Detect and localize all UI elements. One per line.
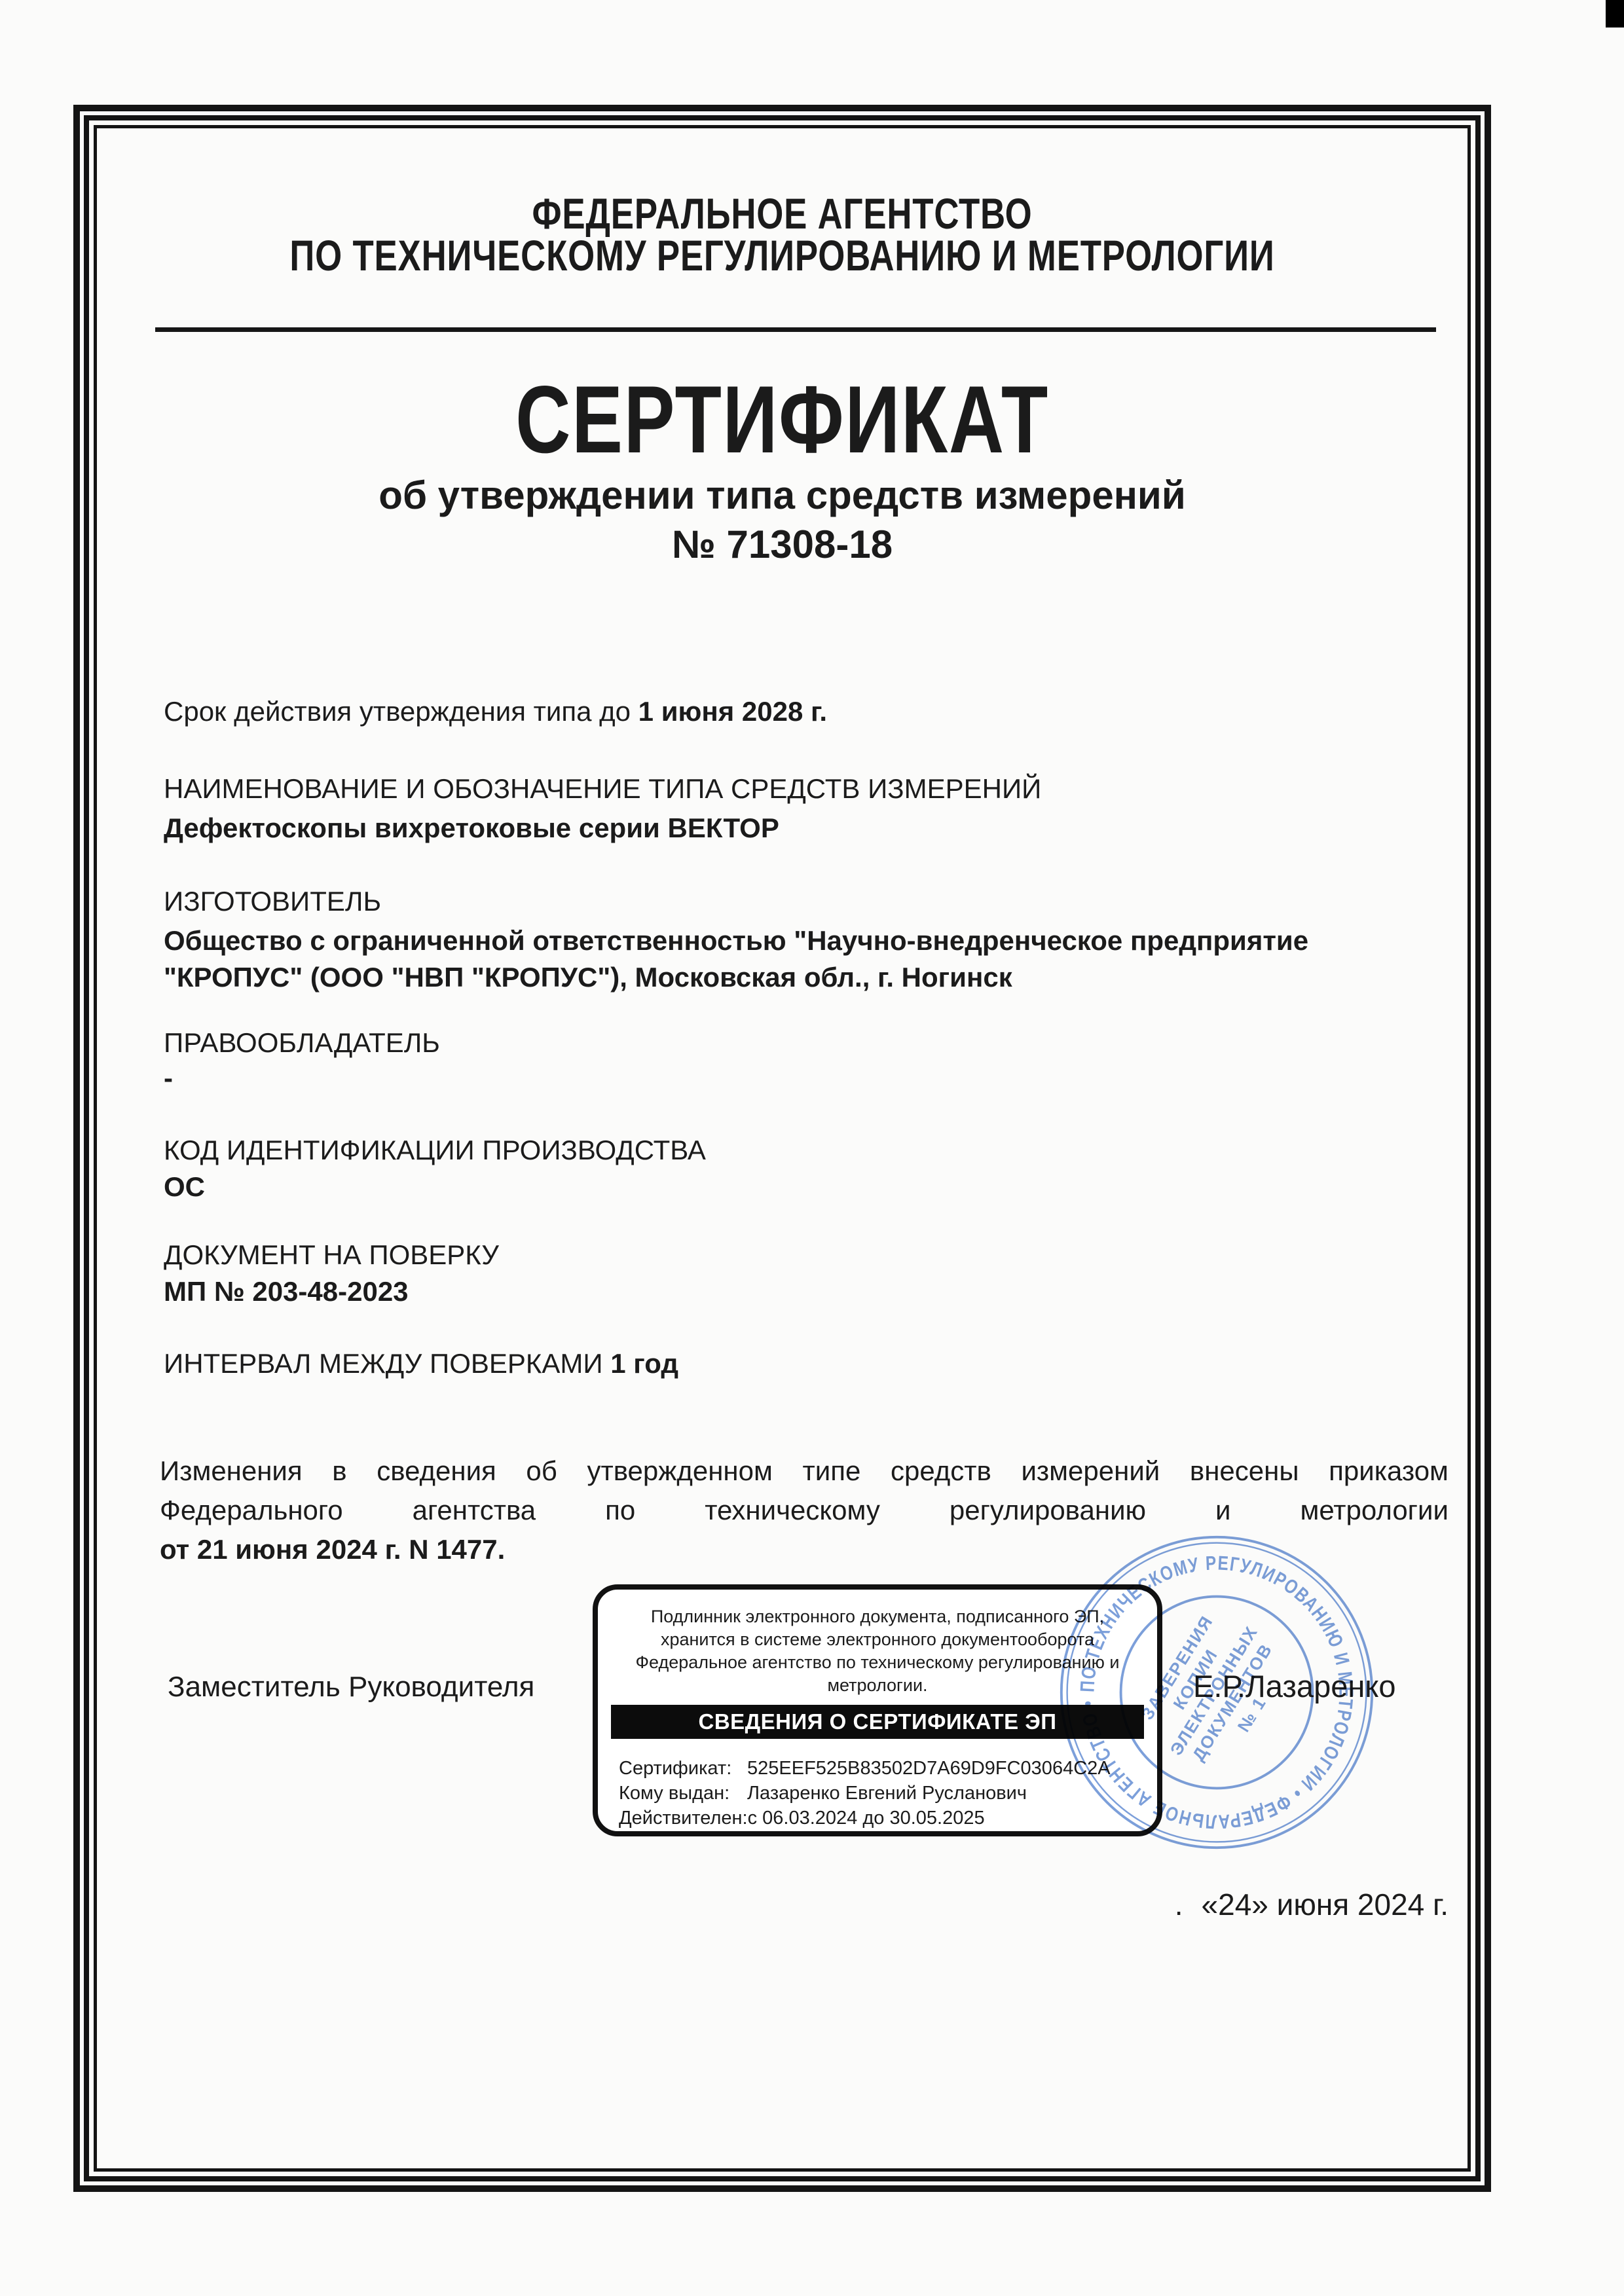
- esign-cert-value: 525EEF525B83502D7A69D9FC03064C2A: [747, 1756, 1111, 1781]
- rightsholder-label: ПРАВООБЛАДАТЕЛЬ: [164, 1027, 1460, 1059]
- interval-value: 1 год: [610, 1348, 678, 1379]
- agency-round-stamp: ПО ТЕХНИЧЕСКОМУ РЕГУЛИРОВАНИЮ И МЕТРОЛОГ…: [1057, 1533, 1376, 1852]
- production-code-value: ОС: [164, 1171, 1460, 1203]
- verification-doc-label: ДОКУМЕНТ НА ПОВЕРКУ: [164, 1239, 1460, 1271]
- esign-valid-value: с 06.03.2024 до 30.05.2025: [748, 1806, 985, 1831]
- validity-line: Срок действия утверждения типа до 1 июня…: [164, 695, 1460, 728]
- interval-prefix: ИНТЕРВАЛ МЕЖДУ ПОВЕРКАМИ: [164, 1348, 610, 1379]
- manufacturer-value-line2: "КРОПУС" (ООО "НВП "КРОПУС"), Московская…: [164, 961, 1460, 994]
- type-name-value: Дефектоскопы вихретоковые серии ВЕКТОР: [164, 812, 1460, 845]
- esign-cert-label: Сертификат:: [619, 1756, 747, 1781]
- scan-artifact-dot: .: [1175, 1887, 1202, 1922]
- production-code-label: КОД ИДЕНТИФИКАЦИИ ПРОИЗВОДСТВА: [164, 1134, 1460, 1167]
- verification-doc-value: МП № 203-48-2023: [164, 1275, 1460, 1308]
- esign-issued-value: Лазаренко Евгений Русланович: [747, 1781, 1027, 1806]
- esign-issued-label: Кому выдан:: [619, 1781, 747, 1806]
- signature-date: .«24» июня 2024 г.: [982, 1887, 1449, 1922]
- amendment-line2: Федеральногоагентствапотехническомурегул…: [160, 1494, 1449, 1527]
- certificate-number: № 71308-18: [73, 522, 1491, 567]
- esign-valid-label: Действителен:: [619, 1806, 748, 1831]
- header-divider-rule: [155, 327, 1436, 332]
- page-title: СЕРТИФИКАТ: [215, 372, 1350, 467]
- type-name-label: НАИМЕНОВАНИЕ И ОБОЗНАЧЕНИЕ ТИПА СРЕДСТВ …: [164, 773, 1460, 805]
- validity-value: 1 июня 2028 г.: [638, 696, 827, 727]
- agency-header-line2: ПО ТЕХНИЧЕСКОМУ РЕГУЛИРОВАНИЮ И МЕТРОЛОГ…: [215, 230, 1350, 280]
- signer-position: Заместитель Руководителя: [168, 1671, 534, 1704]
- signature-date-text: «24» июня 2024 г.: [1202, 1887, 1449, 1922]
- validity-prefix: Срок действия утверждения типа до: [164, 696, 638, 727]
- interval-line: ИНТЕРВАЛ МЕЖДУ ПОВЕРКАМИ 1 год: [164, 1347, 1460, 1380]
- amendment-line1: Изменениявсведенияобутвержденномтипесред…: [160, 1455, 1449, 1487]
- certificate-page: ФЕДЕРАЛЬНОЕ АГЕНТСТВО ПО ТЕХНИЧЕСКОМУ РЕ…: [0, 0, 1624, 2296]
- manufacturer-value-line1: Общество с ограниченной ответственностью…: [164, 924, 1460, 957]
- page-subtitle: об утверждении типа средств измерений: [73, 473, 1491, 518]
- manufacturer-label: ИЗГОТОВИТЕЛЬ: [164, 885, 1460, 918]
- stamp-inner-text: ЗАВЕРЕНИЯ КОПИИ ЭЛЕКТРОННЫХ ДОКУМЕНТОВ №…: [1129, 1599, 1299, 1783]
- rightsholder-value: -: [164, 1062, 1460, 1095]
- scan-artifact-corner: [1606, 0, 1624, 27]
